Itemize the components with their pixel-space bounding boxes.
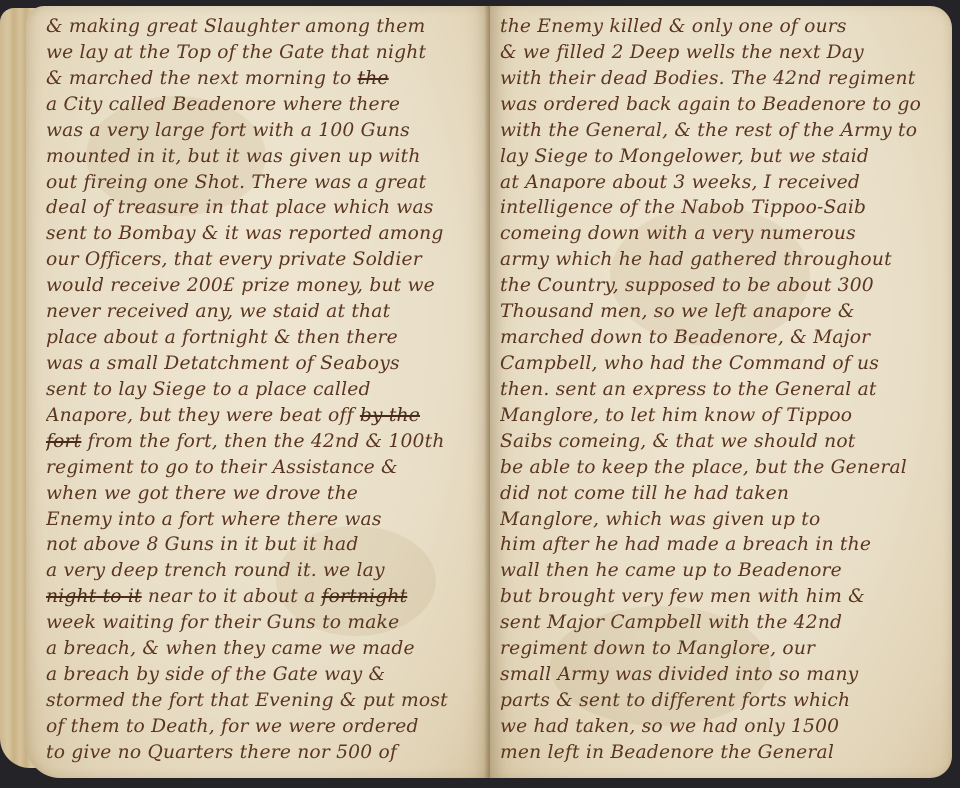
text-line: would receive 200£ prize money, but we [46, 273, 486, 299]
text-line: with their dead Bodies. The 42nd regimen… [500, 66, 945, 92]
text-line: regiment down to Manglore, our [500, 636, 945, 662]
text-line: did not come till he had taken [500, 481, 945, 507]
text-line: parts & sent to different forts which [500, 688, 945, 714]
text-line: then. sent an express to the General at [500, 377, 945, 403]
text-line: comeing down with a very numerous [500, 221, 945, 247]
text-line: night to it near to it about a fortnight [46, 584, 486, 610]
text-line: army which he had gathered throughout [500, 247, 945, 273]
text-line: wall then he came up to Beadenore [500, 558, 945, 584]
text-line: to give no Quarters there nor 500 of [46, 740, 486, 766]
text-line: deal of treasure in that place which was [46, 195, 486, 221]
diary-photo: & making great Slaughter among them we l… [0, 0, 960, 788]
text-line: sent Major Campbell with the 42nd [500, 610, 945, 636]
text-line: the Country, supposed to be about 300 [500, 273, 945, 299]
text-line: at Anapore about 3 weeks, I received [500, 170, 945, 196]
text-line: Campbell, who had the Command of us [500, 351, 945, 377]
struck-text: fortnight [322, 586, 408, 607]
text-line: & making great Slaughter among them [46, 14, 486, 40]
text-line: was ordered back again to Beadenore to g… [500, 92, 945, 118]
text-line: Manglore, to let him know of Tippoo [500, 403, 945, 429]
text-line: with the General, & the rest of the Army… [500, 118, 945, 144]
text-line: out fireing one Shot. There was a great [46, 170, 486, 196]
struck-text: by the [360, 405, 420, 426]
text-line: fort from the fort, then the 42nd & 100t… [46, 429, 486, 455]
text-line: our Officers, that every private Soldier [46, 247, 486, 273]
text-line: a breach by side of the Gate way & [46, 662, 486, 688]
text-line: sent to Bombay & it was reported among [46, 221, 486, 247]
text-line: not above 8 Guns in it but it had [46, 532, 486, 558]
text-line: was a very large fort with a 100 Guns [46, 118, 486, 144]
text-line: we had taken, so we had only 1500 [500, 714, 945, 740]
text-line: intelligence of the Nabob Tippoo-Saib [500, 195, 945, 221]
text-line: a very deep trench round it. we lay [46, 558, 486, 584]
text-line: Enemy into a fort where there was [46, 507, 486, 533]
left-page: & making great Slaughter among them we l… [26, 6, 490, 778]
text-line: a breach, & when they came we made [46, 636, 486, 662]
right-page-text: the Enemy killed & only one of ours & we… [500, 14, 945, 766]
text-line: was a small Detatchment of Seaboys [46, 351, 486, 377]
text-line: marched down to Beadenore, & Major [500, 325, 945, 351]
text-line: we lay at the Top of the Gate that night [46, 40, 486, 66]
text-line: sent to lay Siege to a place called [46, 377, 486, 403]
text-line: him after he had made a breach in the [500, 532, 945, 558]
text-line: but brought very few men with him & [500, 584, 945, 610]
text-line: & we filled 2 Deep wells the next Day [500, 40, 945, 66]
text-line: Manglore, which was given up to [500, 507, 945, 533]
text-line: small Army was divided into so many [500, 662, 945, 688]
struck-text: fort [46, 431, 81, 452]
left-page-text: & making great Slaughter among them we l… [46, 14, 486, 766]
text-line: be able to keep the place, but the Gener… [500, 455, 945, 481]
text-line: regiment to go to their Assistance & [46, 455, 486, 481]
text-line: mounted in it, but it was given up with [46, 144, 486, 170]
text-line: lay Siege to Mongelower, but we staid [500, 144, 945, 170]
text-line: & marched the next morning to the [46, 66, 486, 92]
text-line: Anapore, but they were beat off by the [46, 403, 486, 429]
text-line: the Enemy killed & only one of ours [500, 14, 945, 40]
text-line: Saibs comeing, & that we should not [500, 429, 945, 455]
struck-text: night to it [46, 586, 142, 607]
text-line: men left in Beadenore the General [500, 740, 945, 766]
text-line: place about a fortnight & then there [46, 325, 486, 351]
text-line: Thousand men, so we left anapore & [500, 299, 945, 325]
text-line: when we got there we drove the [46, 481, 486, 507]
text-line: a City called Beadenore where there [46, 92, 486, 118]
text-line: stormed the fort that Evening & put most [46, 688, 486, 714]
struck-text: the [358, 68, 389, 89]
text-line: week waiting for their Guns to make [46, 610, 486, 636]
text-line: never received any, we staid at that [46, 299, 486, 325]
text-line: of them to Death, for we were ordered [46, 714, 486, 740]
right-page: the Enemy killed & only one of ours & we… [490, 6, 952, 778]
